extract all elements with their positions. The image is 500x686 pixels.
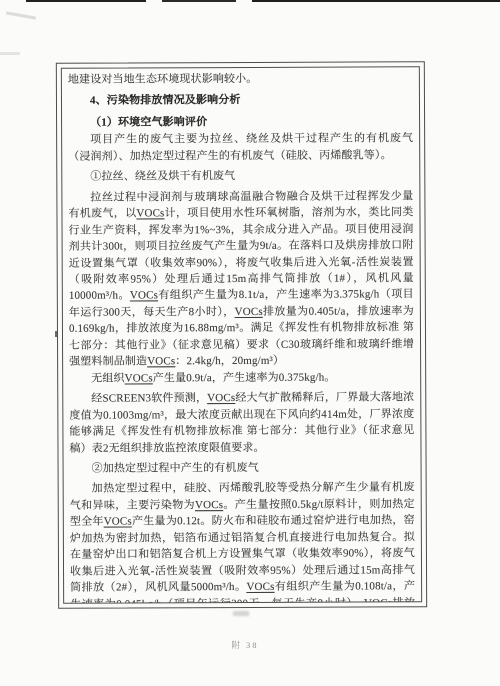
paragraph: 项目产生的废气主要为拉丝、绕丝及烘干过程产生的有机废气（浸润剂）、加热定型过程产…: [68, 131, 413, 165]
vocs-term: VOCs: [195, 499, 223, 511]
paragraph: 拉丝过程中浸润剂与玻璃球高温融合物融合及烘干过程挥发少量有机废气，以VOCs计，…: [68, 188, 414, 370]
scan-smudge: [0, 52, 20, 55]
paragraph: ①拉丝、绕丝及烘干有机废气: [68, 168, 413, 186]
paragraph: 加热定型过程中，硅胶、丙烯酸乳胶等受热分解产生少量有机废气和异味，主要污染物为V…: [70, 480, 416, 604]
paragraph: 无组织VOCs产生量0.9t/a，产生速率为0.375kg/h。: [69, 369, 414, 387]
scan-artifact-top-line: [252, 0, 500, 2]
vocs-term: VOCs: [246, 581, 274, 593]
vocs-term: VOCs: [235, 306, 263, 318]
scanned-page: { "page": { "footer": "附 38", "colors": …: [0, 0, 500, 686]
paragraph: 地建设对当地生态环境现状影响较小。: [68, 70, 413, 88]
document-frame: 地建设对当地生态环境现状影响较小。4、污染物排放情况及影响分析（1）环境空气影响…: [56, 61, 427, 609]
document-body: 地建设对当地生态环境现状影响较小。4、污染物排放情况及影响分析（1）环境空气影响…: [61, 66, 422, 604]
scan-artifact-top-line: [26, 0, 146, 2]
vocs-term: VOCs: [136, 208, 164, 220]
vocs-term: VOCs: [104, 516, 132, 528]
paragraph: 4、污染物排放情况及影响分析: [68, 92, 413, 110]
scan-smudge: [6, 11, 36, 19]
scan-smudge: [233, 611, 249, 616]
vocs-term: VOCs: [130, 290, 158, 302]
vocs-term: VOCs: [125, 372, 153, 384]
paragraph: 经SCREEN3软件预测，VOCs经大气扩散稀释后，厂界最大落地浓度值为0.10…: [69, 389, 414, 456]
scan-artifact-top-line: [162, 0, 236, 2]
page-footer: 附 38: [0, 639, 490, 651]
paragraph: ②加热定型过程中产生的有机废气: [70, 459, 415, 477]
vocs-term: VOCs: [364, 597, 392, 604]
vocs-term: VOCs: [147, 356, 175, 368]
paragraph: （1）环境空气影响评价: [68, 113, 413, 131]
vocs-term: VOCs: [207, 392, 235, 404]
